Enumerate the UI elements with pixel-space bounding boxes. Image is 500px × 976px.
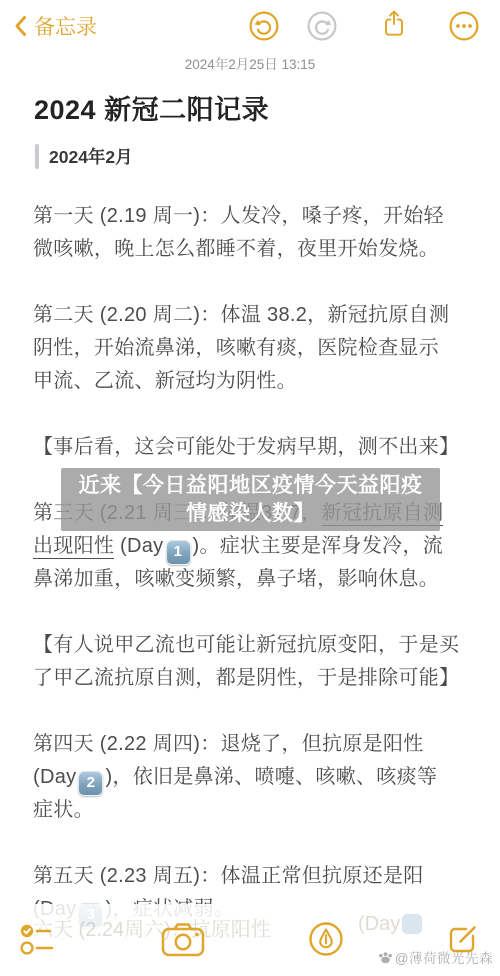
note-text-segment: 第一天 (2.19 周一)：人发冷，嗓子疼，开始轻 [33, 205, 444, 227]
markup-pen-icon[interactable] [307, 920, 345, 958]
back-label: 备忘录 [34, 11, 97, 41]
note-editor-area[interactable]: 2024 新冠二阳记录 2024年2月 第一天 (2.19 周一)：人发冷，嗓子… [0, 88, 500, 926]
note-paragraph: 第二天 (2.20 周二)：体温 38.2，新冠抗原自测阴性，开始流鼻涕，咳嗽有… [33, 299, 472, 398]
note-line: 出现阳性 (Day1)。症状主要是浑身发冷，流 [33, 530, 472, 563]
checklist-icon[interactable] [18, 920, 58, 958]
note-line: 甲流、乙流、新冠均为阴性。 [33, 365, 472, 398]
note-text-segment: 第四天 (2.22 周四)：退烧了，但抗原是阳性 [33, 733, 424, 755]
note-line: (Day2)，依旧是鼻涕、喷嚏、咳嗽、咳痰等 [33, 761, 472, 794]
note-text-segment: 了甲乙流抗原自测，都是阴性，于是排除可能】 [33, 667, 459, 689]
note-line: 第一天 (2.19 周一)：人发冷，嗓子疼，开始轻 [33, 200, 472, 233]
redo-icon[interactable] [306, 10, 338, 42]
note-text-segment: (Day [114, 535, 163, 557]
note-text-segment: 第二天 (2.20 周二)：体温 38.2，新冠抗原自测 [33, 304, 449, 326]
camera-icon[interactable] [160, 920, 206, 958]
note-line: 第二天 (2.20 周二)：体温 38.2，新冠抗原自测 [33, 299, 472, 332]
note-text-segment: 鼻涕加重，咳嗽变频繁，鼻子堵，影响休息。 [33, 568, 439, 590]
month-quote-block: 2024年2月 [35, 144, 472, 169]
note-timestamp: 2024年2月25日 13:15 [0, 53, 500, 73]
note-line: 【有人说甲乙流也可能让新冠抗原变阳，于是买 [33, 629, 472, 662]
month-quote-text: 2024年2月 [49, 144, 133, 169]
note-line: 第五天 (2.23 周五)：体温正常但抗原还是阳 [33, 860, 472, 893]
note-paragraph: 第四天 (2.22 周四)：退烧了，但抗原是阳性(Day2)，依旧是鼻涕、喷嚏、… [33, 728, 472, 827]
note-text-segment: 甲流、乙流、新冠均为阴性。 [33, 370, 297, 392]
share-icon[interactable] [378, 8, 410, 40]
note-text-segment: )。症状主要是浑身发冷，流 [193, 535, 444, 557]
note-paragraph: 第三天 (2.21 周三)：体温37.7，新冠抗原自测出现阳性 (Day1)。症… [33, 497, 472, 596]
note-paragraph: 【事后看，这会可能处于发病早期，测不出来】 [33, 431, 472, 464]
note-title: 2024 新冠二阳记录 [34, 88, 472, 127]
note-line: 症状。 [33, 794, 472, 827]
quote-bar [35, 144, 39, 169]
note-text-segment: 微咳嗽，晚上怎么都睡不着，夜里开始发烧。 [33, 238, 439, 260]
pasted-watermark-overlay: 近来【今日益阳地区疫情今天益阳疫情感染人数】 [61, 468, 440, 531]
video-watermark: @薄荷微光先森 [378, 947, 493, 967]
note-paragraph: 【有人说甲乙流也可能让新冠抗原变阳，于是买了甲乙流抗原自测，都是阴性，于是排除可… [33, 629, 472, 695]
note-text-segment: 阴性，开始流鼻涕，咳嗽有痰，医院检查显示 [33, 337, 439, 359]
note-line: 【事后看，这会可能处于发病早期，测不出来】 [33, 431, 472, 464]
day-keycap-emoji: 1 [166, 540, 191, 565]
note-text-segment: 出现阳性 [33, 535, 114, 559]
occluded-note-text-day: (Day [358, 913, 422, 936]
occluded-note-text: 六天 (2.24周六)：抗原阳性 [33, 913, 271, 942]
top-navigation-bar: 备忘录 [0, 0, 500, 48]
note-text-segment: )，依旧是鼻涕、喷嚏、咳嗽、咳痰等 [105, 766, 437, 788]
note-text-segment: 【事后看，这会可能处于发病早期，测不出来】 [33, 436, 459, 458]
back-chevron-icon [14, 15, 27, 37]
more-ellipsis-icon[interactable] [448, 10, 480, 42]
note-line: 鼻涕加重，咳嗽变频繁，鼻子堵，影响休息。 [33, 563, 472, 596]
note-text-segment: 症状。 [33, 799, 94, 821]
faded-keycap [402, 914, 422, 934]
day-keycap-emoji: 2 [78, 771, 103, 796]
notes-app-screen: 备忘录 2024年2月25日 13:15 2024 新冠二阳记录 [0, 0, 500, 976]
note-text-segment: (Day [33, 766, 76, 788]
undo-icon[interactable] [248, 10, 280, 42]
note-paragraphs: 第一天 (2.19 周一)：人发冷，嗓子疼，开始轻微咳嗽，晚上怎么都睡不着，夜里… [33, 200, 472, 926]
note-text-segment: 第五天 (2.23 周五)：体温正常但抗原还是阳 [33, 865, 424, 887]
note-line: 微咳嗽，晚上怎么都睡不着，夜里开始发烧。 [33, 233, 472, 266]
paw-logo-icon [378, 951, 393, 964]
note-line: 阴性，开始流鼻涕，咳嗽有痰，医院检查显示 [33, 332, 472, 365]
note-text-segment: 【有人说甲乙流也可能让新冠抗原变阳，于是买 [33, 634, 459, 656]
note-line: 第四天 (2.22 周四)：退烧了，但抗原是阳性 [33, 728, 472, 761]
note-line: 了甲乙流抗原自测，都是阴性，于是排除可能】 [33, 662, 472, 695]
watermark-text: @薄荷微光先森 [395, 947, 493, 967]
back-button[interactable]: 备忘录 [14, 11, 97, 41]
note-paragraph: 第一天 (2.19 周一)：人发冷，嗓子疼，开始轻微咳嗽，晚上怎么都睡不着，夜里… [33, 200, 472, 266]
